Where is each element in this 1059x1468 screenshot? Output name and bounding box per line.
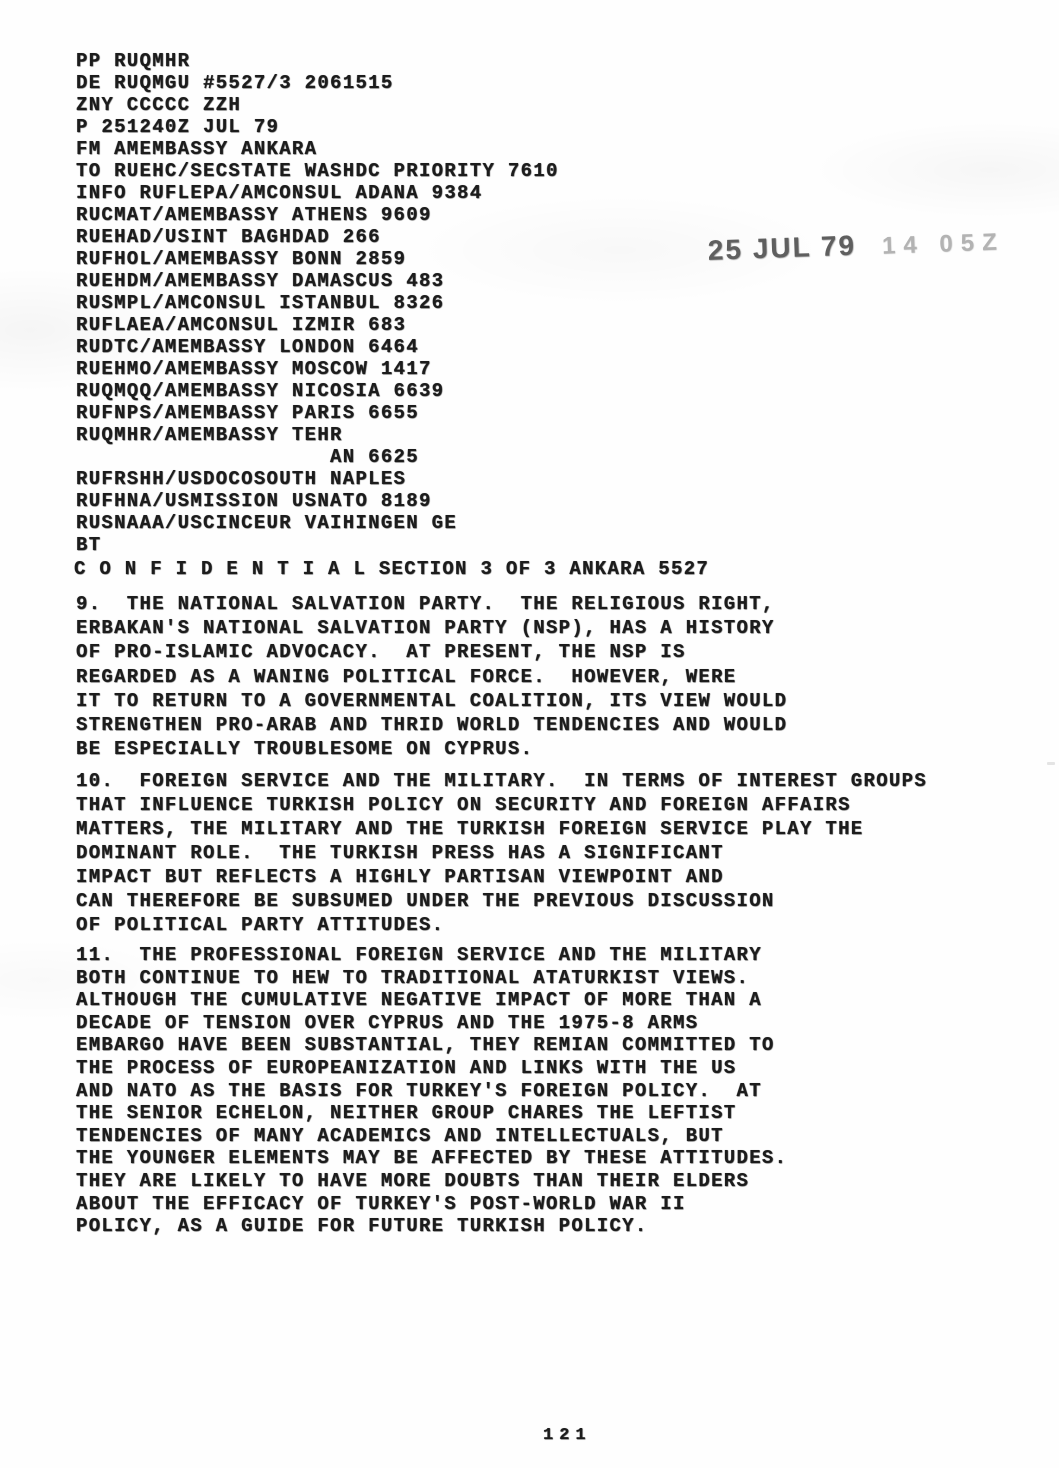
routing-line: RUEHAD/USINT BAGHDAD 266 bbox=[76, 226, 559, 248]
received-date-stamp: 25 JUL 7914 05Z bbox=[689, 207, 1006, 286]
routing-line: INFO RUFLEPA/AMCONSUL ADANA 9384 bbox=[76, 182, 559, 204]
body-text-line: ERBAKAN'S NATIONAL SALVATION PARTY (NSP)… bbox=[76, 616, 787, 640]
routing-line: DE RUQMGU #5527/3 2061515 bbox=[76, 72, 559, 94]
body-text-line: TENDENCIES OF MANY ACADEMICS AND INTELLE… bbox=[76, 1125, 787, 1148]
body-text-line: THEY ARE LIKELY TO HAVE MORE DOUBTS THAN… bbox=[76, 1170, 787, 1193]
routing-line: RUDTC/AMEMBASSY LONDON 6464 bbox=[76, 336, 559, 358]
routing-line: ZNY CCCCC ZZH bbox=[76, 94, 559, 116]
body-text-line: POLICY, AS A GUIDE FOR FUTURE TURKISH PO… bbox=[76, 1215, 787, 1238]
routing-line: RUSMPL/AMCONSUL ISTANBUL 8326 bbox=[76, 292, 559, 314]
routing-line: P 251240Z JUL 79 bbox=[76, 116, 559, 138]
paragraph-10-foreign-service-and-military: 10. FOREIGN SERVICE AND THE MILITARY. IN… bbox=[76, 769, 927, 937]
body-text-line: STRENGTHEN PRO-ARAB AND THRID WORLD TEND… bbox=[76, 713, 787, 737]
routing-line: FM AMEMBASSY ANKARA bbox=[76, 138, 559, 160]
body-text-line: 10. FOREIGN SERVICE AND THE MILITARY. IN… bbox=[76, 769, 927, 793]
cable-routing-header: PP RUQMHRDE RUQMGU #5527/3 2061515ZNY CC… bbox=[76, 50, 559, 556]
routing-line: RUEHDM/AMEMBASSY DAMASCUS 483 bbox=[76, 270, 559, 292]
body-text-line: AND NATO AS THE BASIS FOR TURKEY'S FOREI… bbox=[76, 1080, 787, 1103]
body-text-line: ALTHOUGH THE CUMULATIVE NEGATIVE IMPACT … bbox=[76, 989, 787, 1012]
body-text-line: THAT INFLUENCE TURKISH POLICY ON SECURIT… bbox=[76, 793, 927, 817]
stamp-date: 25 JUL 79 bbox=[707, 230, 856, 266]
body-text-line: CAN THEREFORE BE SUBSUMED UNDER THE PREV… bbox=[76, 889, 927, 913]
scan-artifact-mark bbox=[1047, 762, 1055, 765]
routing-line: BT bbox=[76, 534, 559, 556]
body-text-line: DECADE OF TENSION OVER CYPRUS AND THE 19… bbox=[76, 1012, 787, 1035]
page-number: 121 bbox=[543, 1426, 592, 1446]
body-text-line: BOTH CONTINUE TO HEW TO TRADITIONAL ATAT… bbox=[76, 967, 787, 990]
body-text-line: DOMINANT ROLE. THE TURKISH PRESS HAS A S… bbox=[76, 841, 927, 865]
routing-line: RUCMAT/AMEMBASSY ATHENS 9609 bbox=[76, 204, 559, 226]
scanned-cable-page: 25 JUL 7914 05Z PP RUQMHRDE RUQMGU #5527… bbox=[0, 0, 1059, 1468]
paragraph-9-national-salvation-party: 9. THE NATIONAL SALVATION PARTY. THE REL… bbox=[76, 592, 787, 761]
body-text-line: OF PRO-ISLAMIC ADVOCACY. AT PRESENT, THE… bbox=[76, 640, 787, 664]
classification-line: C O N F I D E N T I A L SECTION 3 OF 3 A… bbox=[74, 557, 709, 581]
routing-line: TO RUEHC/SECSTATE WASHDC PRIORITY 7610 bbox=[76, 160, 559, 182]
body-text-line: THE YOUNGER ELEMENTS MAY BE AFFECTED BY … bbox=[76, 1147, 787, 1170]
routing-line: PP RUQMHR bbox=[76, 50, 559, 72]
routing-line: RUQMHR/AMEMBASSY TEHR bbox=[76, 424, 559, 446]
body-text-line: BE ESPECIALLY TROUBLESOME ON CYPRUS. bbox=[76, 737, 787, 761]
body-text-line: MATTERS, THE MILITARY AND THE TURKISH FO… bbox=[76, 817, 927, 841]
routing-line: RUFLAEA/AMCONSUL IZMIR 683 bbox=[76, 314, 559, 336]
paragraph-11-professional-foreign-service: 11. THE PROFESSIONAL FOREIGN SERVICE AND… bbox=[76, 944, 787, 1238]
body-text-line: OF POLITICAL PARTY ATTITUDES. bbox=[76, 913, 927, 937]
body-text-line: 11. THE PROFESSIONAL FOREIGN SERVICE AND… bbox=[76, 944, 787, 967]
body-text-line: ABOUT THE EFFICACY OF TURKEY'S POST-WORL… bbox=[76, 1193, 787, 1216]
routing-line: RUQMQQ/AMEMBASSY NICOSIA 6639 bbox=[76, 380, 559, 402]
body-text-line: THE SENIOR ECHELON, NEITHER GROUP CHARES… bbox=[76, 1102, 787, 1125]
routing-line: RUEHMO/AMEMBASSY MOSCOW 1417 bbox=[76, 358, 559, 380]
body-text-line: IMPACT BUT REFLECTS A HIGHLY PARTISAN VI… bbox=[76, 865, 927, 889]
routing-line: RUFRSHH/USDOCOSOUTH NAPLES bbox=[76, 468, 559, 490]
routing-line: RUFHNA/USMISSION USNATO 8189 bbox=[76, 490, 559, 512]
body-text-line: EMBARGO HAVE BEEN SUBSTANTIAL, THEY REMI… bbox=[76, 1034, 787, 1057]
routing-line: RUSNAAA/USCINCEUR VAIHINGEN GE bbox=[76, 512, 559, 534]
stamp-time: 14 05Z bbox=[882, 229, 1006, 260]
body-text-line: IT TO RETURN TO A GOVERNMENTAL COALITION… bbox=[76, 689, 787, 713]
body-text-line: THE PROCESS OF EUROPEANIZATION AND LINKS… bbox=[76, 1057, 787, 1080]
routing-line: RUFNPS/AMEMBASSY PARIS 6655 bbox=[76, 402, 559, 424]
body-text-line: REGARDED AS A WANING POLITICAL FORCE. HO… bbox=[76, 665, 787, 689]
routing-line: AN 6625 bbox=[76, 446, 559, 468]
body-text-line: 9. THE NATIONAL SALVATION PARTY. THE REL… bbox=[76, 592, 787, 616]
routing-line: RUFHOL/AMEMBASSY BONN 2859 bbox=[76, 248, 559, 270]
